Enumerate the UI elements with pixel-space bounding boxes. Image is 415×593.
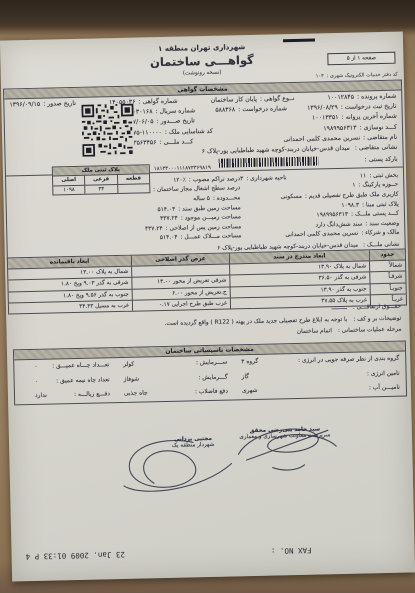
field-label: مساحت زمیـــن موجود : (181, 214, 241, 221)
field-request-date: تاریخ ثبت درخواست :۱۳۹۶/۰۸/۲۹ (307, 103, 397, 112)
field-label: حقـــوق ارتفاقـــی : (353, 304, 401, 311)
field-value: ۱۰۹۸.۳ (341, 202, 359, 208)
field-value: ـــــــــ (332, 305, 347, 311)
field-energy-group: گروه بندی از نظر صرفه جویی در انرژی :گرو… (227, 356, 399, 366)
field-label: کاربری ملک طبق طرح تفصیلی قدیم : (305, 192, 399, 200)
field-label: تاریخ صـــدور : (156, 118, 194, 126)
field-land-area-deed: مساحت زمین طبق سند :۵۱۴.۰۴ (157, 205, 240, 213)
field-value: ۱۰۰۱۲۸۴۵ (327, 93, 354, 101)
field-label: مرحله عملیات ساختمانی : (338, 327, 402, 334)
field-label: مساحت زمین پس از اصلاحی : (166, 224, 242, 232)
eoffice-code-line: کد دفتر خدمات الکترونیک شهری : ۱۰۳ (316, 72, 398, 80)
field-value: پایان کار ساختمان (211, 96, 257, 104)
field-owner: مالک و شرکاء :نسرین محمدی کلمی احمدانی (285, 230, 399, 239)
field-value: ۱۲۰٪ (173, 177, 186, 183)
field-municipal-district: ناحیه شهرداری :۳ (240, 175, 287, 182)
signature-block-mayor: مجتبی یزدانی شهردار منطقه یک (137, 435, 249, 450)
field-registry-section: بخش ثبتی :۱۱ (360, 172, 398, 179)
field-cooling: ســـرمایش :کولر (109, 360, 227, 369)
field-issue-date: تاریخ صدور :۱۳۹۶/۰۹/۱۵ (9, 100, 76, 109)
postal-barcode-label: بارکد پستی : (365, 156, 398, 164)
field-value: شهری (242, 388, 258, 394)
cell: جنوبـاً (370, 282, 406, 294)
field-label: وضعیت سند : (365, 220, 399, 227)
cell: شرقـاً (369, 271, 405, 283)
field-label: شماره درخواست : (238, 105, 287, 113)
eoffice-label: کد دفتر خدمات الکترونیک شهری : (327, 72, 398, 80)
field-label: تعداد چاه نیمه عمیق : (56, 377, 110, 384)
field-sewage: دفع فاضلاب :چاه جذبی (110, 389, 228, 398)
field-cert-type: نــوع گواهی :پایان کار ساختمان (211, 95, 295, 104)
field-value: ۱۹۸۹۹۵۶۳۱۳ (316, 212, 348, 219)
field-request-number: شماره درخواست :۵۸۸۳۶۸ (215, 105, 287, 114)
field-label: تعـــداد چـــاه عمیـــق : (52, 362, 109, 369)
field-label: کـــد ملـــی : (159, 139, 193, 147)
field-value: کولر (123, 362, 134, 368)
field-value: ۰ (34, 364, 37, 370)
field-label: شماره آخرین پروانه : (342, 113, 397, 121)
field-value: نسرین محمدی کلمی احمدانی (285, 231, 358, 239)
cell: شمالاً (369, 260, 405, 272)
certificate-section: مشخصات گواهی شماره پرونده :۱۰۰۱۲۸۴۵ نــو… (3, 80, 406, 262)
field-registry-plot: پلاک ثبتی مبنا :۱۰۹۸.۳ (341, 201, 398, 208)
eoffice-value: ۱۰۳ (316, 73, 324, 79)
field-file-number: شماره پرونده :۱۰۰۱۲۸۴۵ (327, 92, 396, 101)
field-value: اتمام ساختمان (297, 328, 332, 335)
field-label: نام متقاضی : (363, 134, 397, 142)
field-value: ۱۰۰۱۳۳۵۱ (312, 114, 339, 122)
field-value: ۱۱ (360, 173, 366, 179)
field-label: محـــدوده : (213, 195, 241, 202)
field-semi-deep-wells: تعداد چاه نیمه عمیق :۰ (21, 377, 110, 385)
field-label: نــوع گواهی : (260, 95, 295, 103)
field-label: کـــد پستی ملـــک : (351, 211, 399, 218)
notes-section: حقـــوق ارتفاقـــی : ـــــــــ توضیحات ب… (14, 304, 402, 347)
field-label: نشانی متقاضی : (355, 144, 398, 152)
field-value: ۱۹۸۹۹۵۶۳۱۳ (323, 124, 356, 132)
signatory-title: شهردار منطقه یک (137, 441, 249, 450)
field-energy-supply: تامین انرژی :گاز (228, 370, 400, 380)
field-boundary-period: محـــدوده :۵ ساله (193, 195, 240, 202)
field-land-area-corrected: مساحت زمین پس از اصلاحی :۴۳۷.۲۴ (145, 224, 241, 232)
field-label: تاریخ ثبت درخواست : (341, 103, 397, 111)
fax-footer: FAX NO. : 23 Jan. 2009 01:33 P 4 (26, 546, 312, 561)
field-value: ۳ (240, 176, 243, 182)
field-deed-status: وضعیت سند :سند شش‌دانگ دارد (315, 220, 399, 228)
page-number-text: صفحه ۱ از ۵ (347, 55, 376, 62)
field-renewal-code: کـــد نوسازی :۱۹۸۹۹۵۶۳۱۳ (323, 124, 397, 133)
field-waste-disposal: دفـــع زبالـــه :ندارد (21, 391, 110, 399)
field-label: مساحت زمین طبق سند : (178, 205, 241, 212)
field-value: ۴۳۷.۲۴ (145, 226, 163, 232)
qr-code (81, 104, 134, 157)
field-value: مسکونی (281, 194, 302, 200)
field-value: ۵۱۴.۰۴ (157, 206, 175, 212)
field-value: ۵۱۴.۰۴ (160, 235, 178, 241)
fax-timestamp: 23 Jan. 2009 01:33 P 4 (26, 550, 126, 561)
field-heating: گـــرمایش :شوفاژ (110, 374, 228, 383)
field-density-percent: درصد تراکم مصوب :۱۲۰٪ (173, 176, 240, 184)
fax-document-page: شهرداری تهران منطقه ۱ گواهـــی ساختمان (… (0, 31, 415, 581)
property-right-column: بخش ثبتی :۱۱ ناحیه شهرداری :۳ حــوزه پار… (240, 171, 399, 242)
installations-section: مشخصات تاسیساتی ساختمان گروه بندی از نظر… (13, 341, 407, 405)
field-value: نسرین محمدی کلمی احمدانی (283, 135, 360, 144)
field-value: ۱ (352, 183, 355, 189)
field-value: با توجه به ابلاغ طرح تفصیلی جدید ملک در … (164, 316, 347, 326)
field-label: تامین انرژی : (367, 370, 400, 377)
field-label: دفع فاضلاب : (195, 389, 228, 396)
field-property-id-code: کد شناسایی ملک :۳۹۳۷۵-۱۱۰۰۰۰ (123, 128, 213, 137)
field-label: شماره گواهی : (138, 97, 177, 105)
field-value: ۵۸۸۳۶۸ (215, 106, 235, 113)
field-label: توضیحات بر و کف : (353, 315, 401, 322)
field-last-permit: شماره آخرین پروانه :۱۰۰۱۳۳۵۱ (312, 113, 397, 122)
field-label: درصد سطح اشغال مجاز ساختمان : (153, 186, 240, 194)
field-label: گروه بندی از نظر صرفه جویی در انرژی : (298, 356, 399, 364)
field-label: مساحت مـــلاک عمـــل : (180, 234, 241, 241)
field-label: نشانی ملـــک : (363, 242, 400, 249)
property-row: مساحت مـــلاک عمـــل :۵۱۴.۰۴ (113, 232, 241, 244)
field-label: تامیـــن آب : (369, 385, 400, 392)
field-value: ۱۳۹۶/۰۸/۲۹ (307, 104, 338, 112)
field-water-supply: تامیـــن آب :شهری (228, 385, 400, 395)
field-label: دفـــع زبالـــه : (74, 391, 110, 398)
field-value: ندارد (35, 393, 47, 399)
field-deep-wells: تعـــداد چـــاه عمیـــق :۰ (20, 362, 109, 370)
field-value: ۰ (35, 379, 38, 385)
val-main: ۱۰۹۸ (53, 185, 85, 194)
field-value: ۴۳۷.۲۴ (160, 216, 178, 222)
field-label: پلاک ثبتی مبنا : (362, 201, 399, 208)
qr-code-graphic (81, 104, 134, 157)
postal-barcode-image (219, 157, 319, 168)
page-number-box: صفحه ۱ از ۵ (327, 52, 395, 66)
field-label: درصد تراکم مصوب : (189, 176, 240, 183)
field-value: ۱۳۹۶/۰۹/۱۵ (9, 100, 40, 108)
field-land-area-existing: مساحت زمیـــن موجود :۴۳۷.۲۴ (160, 214, 241, 222)
field-basis-area: مساحت مـــلاک عمـــل :۵۱۴.۰۴ (160, 234, 242, 242)
field-label: بخش ثبتی : (369, 172, 398, 179)
field-value: سند شش‌دانگ دارد (315, 221, 362, 228)
field-value: گاز (242, 374, 250, 380)
field-value: ۵ ساله (193, 196, 210, 202)
field-label: کـــد نوسازی : (359, 124, 397, 132)
val-parcel (117, 184, 150, 193)
field-property-postal-code: کـــد پستی ملـــک :۱۹۸۹۹۵۶۳۱۳ (316, 211, 399, 219)
construction-stage-line: مرحله عملیات ساختمانی : اتمام ساختمان (15, 327, 402, 342)
field-label: گـــرمایش : (198, 374, 227, 381)
field-value: چاه جذبی (124, 391, 148, 398)
field-parking-zone: حــوزه پارکینگ :۱ (352, 182, 398, 189)
field-value: شوفاژ (124, 376, 140, 382)
field-value: گروه ۳ (241, 359, 258, 365)
field-occupancy-percent: درصد سطح اشغال مجاز ساختمان :۵۱ (144, 186, 241, 194)
registry-plot-table: پلاک ثبتی ملک قطعه فرعی اصلی ۳۴ ۱۰۹۸ (52, 164, 151, 195)
registry-plot-table-values: ۳۴ ۱۰۹۸ (53, 184, 149, 195)
field-label: شماره پرونده : (357, 92, 396, 100)
val-secondary: ۳۴ (85, 185, 118, 194)
field-label: شماره سریال : (155, 107, 195, 115)
field-label: ناحیه شهرداری : (246, 175, 286, 182)
field-label: ســـرمایش : (196, 360, 227, 367)
field-label: مالک و شرکاء : (361, 230, 399, 237)
field-label: تاریخ صدور : (43, 100, 76, 108)
field-label: کد شناسایی ملک : (165, 128, 213, 136)
field-label: حــوزه پارکینگ : (359, 182, 399, 189)
fax-number-label: FAX NO. : (271, 546, 312, 556)
